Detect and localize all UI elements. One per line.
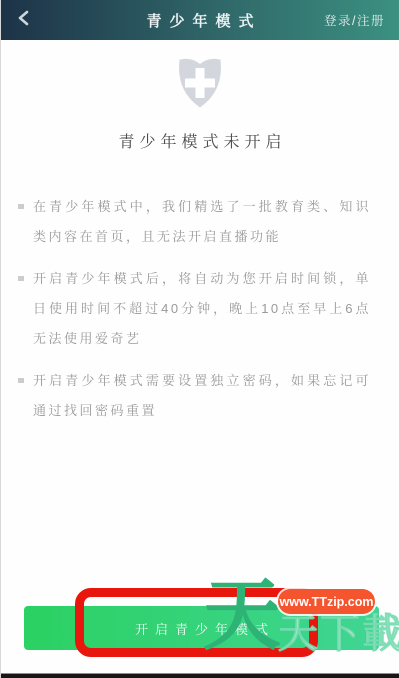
list-item: 开启青少年模式需要设置独立密码，如果忘记可通过找回密码重置 (33, 366, 371, 426)
bottom-edge-bar (1, 673, 399, 678)
enable-teen-mode-button[interactable]: 开启青少年模式 (24, 606, 379, 650)
list-item-text: 开启青少年模式需要设置独立密码，如果忘记可通过找回密码重置 (33, 373, 371, 418)
shield-icon-container (1, 56, 399, 115)
teen-mode-screen: 青少年模式 登录/注册 青少年模式未开启 在青少年模式中，我们精选了一批教育类、… (0, 0, 400, 678)
list-item-text: 开启青少年模式后，将自动为您开启时间锁，单日使用时间不超过40分钟，晚上10点至… (33, 271, 371, 346)
description-list: 在青少年模式中，我们精选了一批教育类、知识类内容在首页，且无法开启直播功能 开启… (33, 192, 371, 426)
bullet-marker (18, 378, 24, 383)
chevron-left-icon (15, 9, 33, 32)
bullet-marker (18, 276, 24, 281)
list-item-text: 在青少年模式中，我们精选了一批教育类、知识类内容在首页，且无法开启直播功能 (33, 199, 371, 244)
back-button[interactable] (15, 7, 41, 33)
bullet-marker (18, 204, 24, 209)
header-bar: 青少年模式 登录/注册 (1, 0, 399, 40)
login-register-link[interactable]: 登录/注册 (324, 11, 385, 29)
list-item: 开启青少年模式后，将自动为您开启时间锁，单日使用时间不超过40分钟，晚上10点至… (33, 264, 371, 354)
shield-plus-icon (174, 56, 226, 115)
status-title: 青少年模式未开启 (1, 129, 399, 152)
list-item: 在青少年模式中，我们精选了一批教育类、知识类内容在首页，且无法开启直播功能 (33, 192, 371, 252)
